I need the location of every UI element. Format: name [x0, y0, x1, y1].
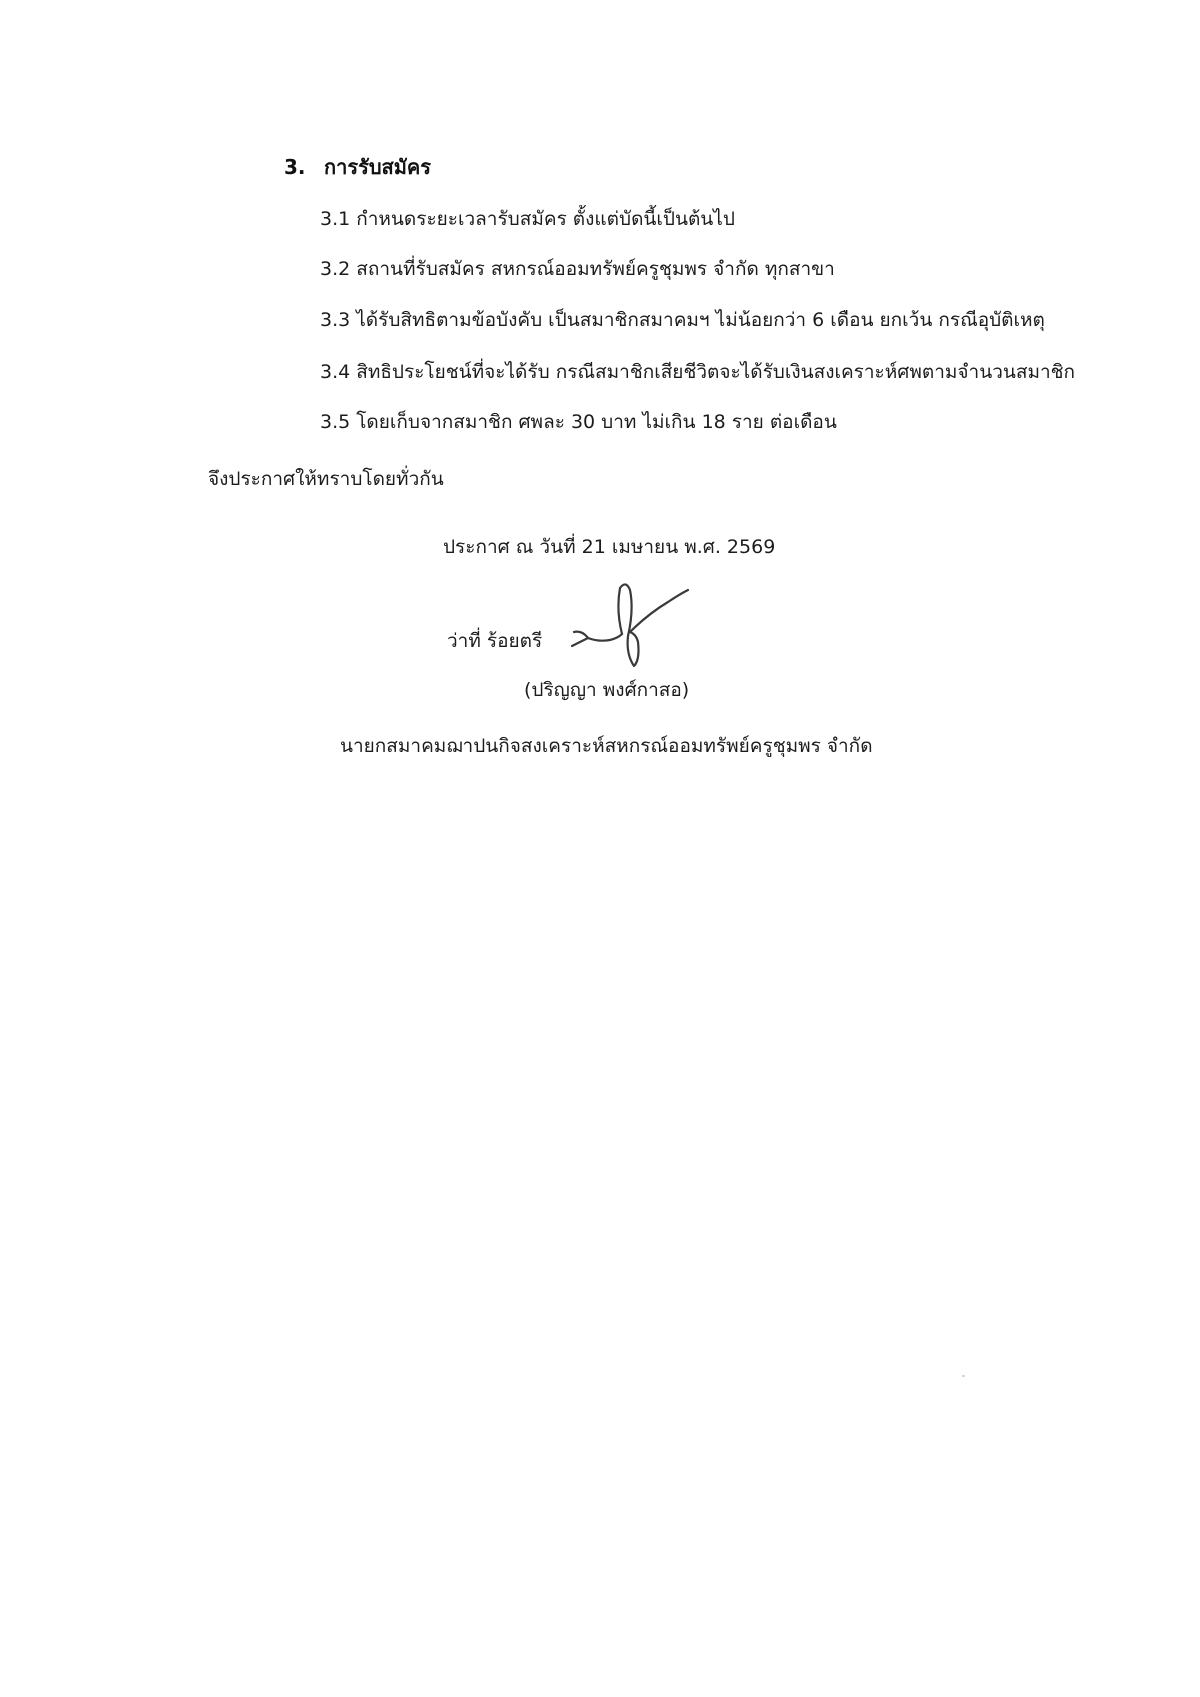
scan-speck: [962, 1375, 965, 1377]
item-text: สถานที่รับสมัคร สหกรณ์ออมทรัพย์ครูชุมพร …: [356, 258, 835, 280]
item-text: กำหนดระยะเวลารับสมัคร ตั้งแต่บัดนี้เป็นต…: [356, 208, 735, 230]
item-text: สิทธิประโยชน์ที่จะได้รับ กรณีสมาชิกเสียช…: [356, 361, 1075, 383]
item-text: โดยเก็บจากสมาชิก ศพละ 30 บาท ไม่เกิน 18 …: [356, 411, 837, 433]
section-item: 3.1กำหนดระยะเวลารับสมัคร ตั้งแต่บัดนี้เป…: [320, 205, 735, 233]
item-number: 3.5: [320, 411, 350, 433]
closing-statement: จึงประกาศให้ทราบโดยทั่วกัน: [208, 465, 444, 493]
item-number: 3.1: [320, 208, 350, 230]
section-item: 3.5โดยเก็บจากสมาชิก ศพละ 30 บาท ไม่เกิน …: [320, 408, 837, 436]
section-title: การรับสมัคร: [324, 155, 431, 179]
section-item: 3.3ได้รับสิทธิตามข้อบังคับ เป็นสมาชิกสมา…: [320, 306, 1045, 334]
announcement-date: ประกาศ ณ วันที่ 21 เมษายน พ.ศ. 2569: [443, 533, 775, 561]
signatory-rank: ว่าที่ ร้อยตรี: [447, 627, 542, 655]
section-number: 3.: [284, 153, 324, 181]
section-item: 3.2สถานที่รับสมัคร สหกรณ์ออมทรัพย์ครูชุม…: [320, 255, 835, 283]
item-text: ได้รับสิทธิตามข้อบังคับ เป็นสมาชิกสมาคมฯ…: [356, 309, 1045, 331]
signature-icon: [568, 580, 718, 670]
section-heading: 3.การรับสมัคร: [284, 153, 431, 181]
section-item: 3.4สิทธิประโยชน์ที่จะได้รับ กรณีสมาชิกเส…: [320, 358, 1075, 386]
item-number: 3.4: [320, 361, 350, 383]
item-number: 3.2: [320, 258, 350, 280]
signatory-position: นายกสมาคมฌาปนกิจสงเคราะห์สหกรณ์ออมทรัพย์…: [340, 732, 873, 760]
signatory-name: (ปริญญา พงศ์กาสอ): [524, 676, 689, 704]
document-page: 3.การรับสมัคร 3.1กำหนดระยะเวลารับสมัคร ต…: [0, 0, 1200, 1697]
item-number: 3.3: [320, 309, 350, 331]
